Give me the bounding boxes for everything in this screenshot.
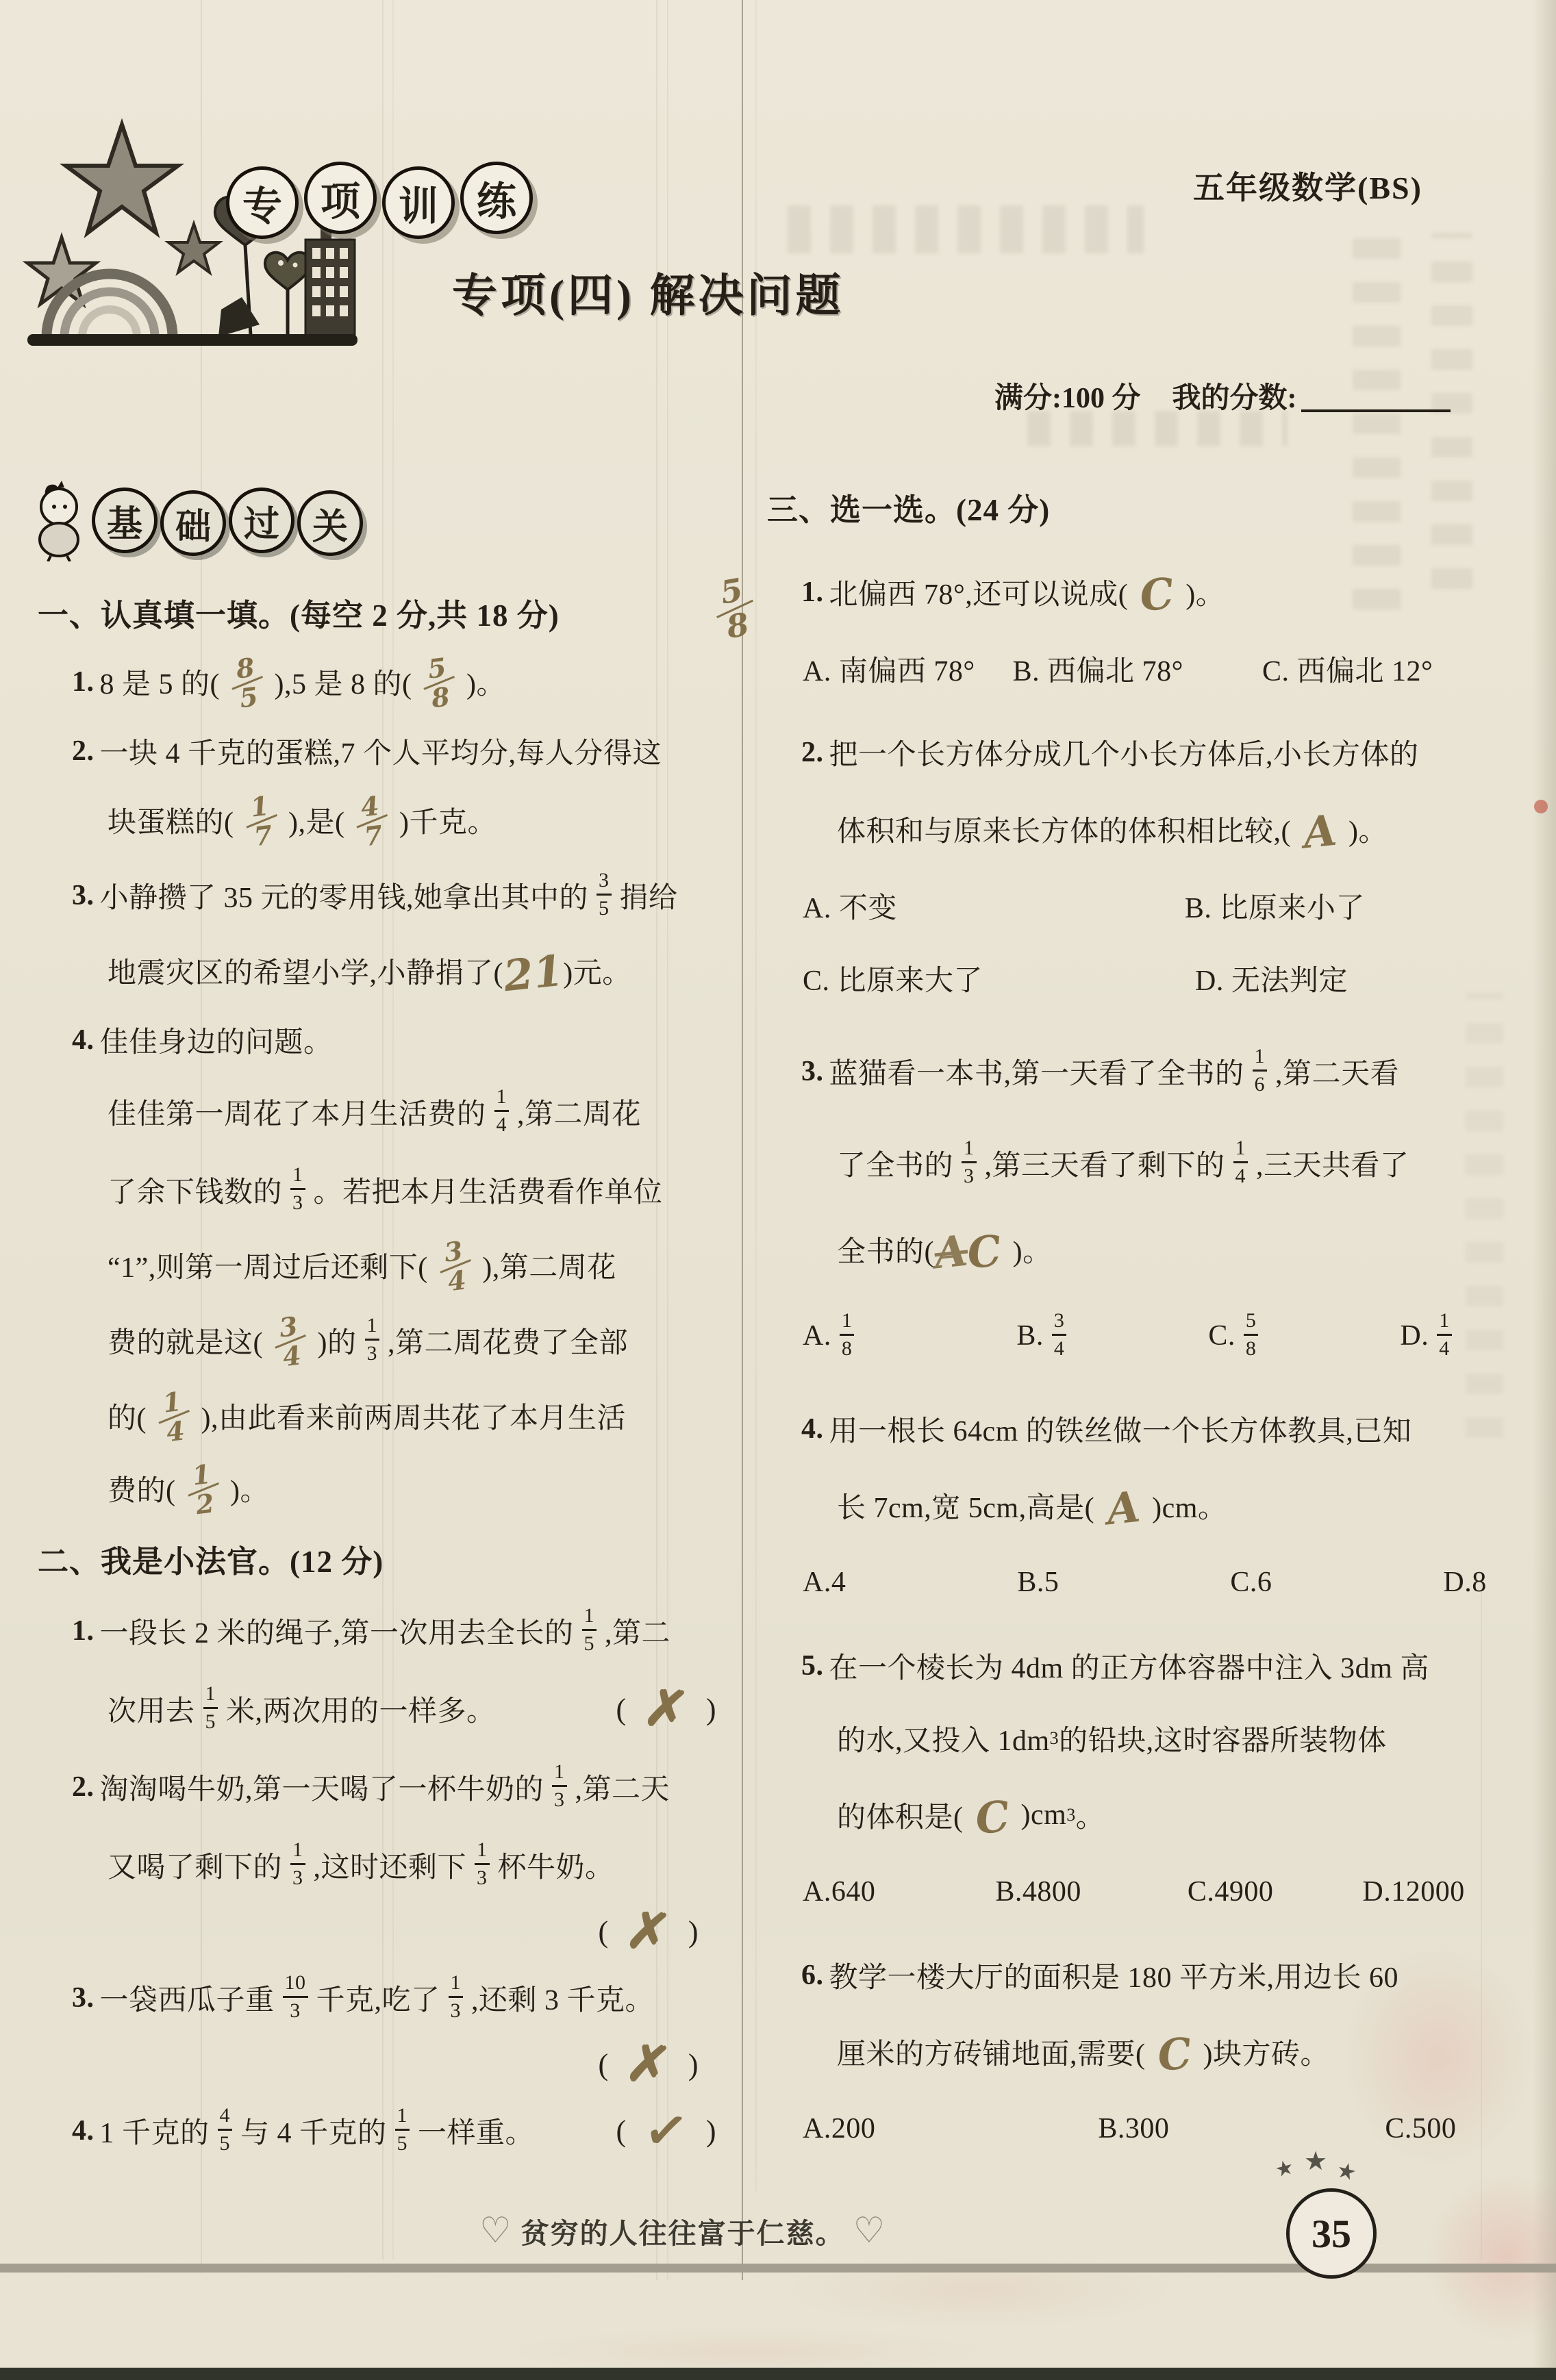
fraction-denominator: 3 xyxy=(449,2001,464,2021)
question-line: A.18B.34C.58D.14 xyxy=(767,1290,1514,1382)
text-run: ,第二天 xyxy=(575,1767,670,1808)
question-line: A.200B.300C.500 xyxy=(767,2092,1514,2165)
question-number: 4. xyxy=(72,2114,95,2147)
column-divider-line xyxy=(742,0,743,2280)
text-run: 费的就是这( xyxy=(108,1320,263,1361)
printed-fraction: 58 xyxy=(1244,1311,1259,1359)
handwritten-answer: 21 xyxy=(502,954,565,993)
text-run: 的铅块,这时容器所装物体 xyxy=(1059,1718,1387,1759)
handwritten-fraction: 34 xyxy=(436,1238,475,1295)
question-number: 5. xyxy=(801,1649,824,1682)
text-run: ,三天共看了 xyxy=(1256,1143,1409,1184)
fraction-numerator: 1 xyxy=(449,1973,464,1993)
question: 3.蓝猫看一本书,第一天看了全书的16,第二天看了全书的13,第三天看了剩下的1… xyxy=(767,1026,1514,1382)
printed-fraction: 13 xyxy=(290,1840,305,1888)
badge-character: 过 xyxy=(229,488,294,553)
fraction-numerator: 1 xyxy=(1437,1311,1452,1331)
fraction-numerator: 5 xyxy=(1244,1311,1259,1331)
fraction-numerator: 1 xyxy=(840,1311,855,1331)
page-title: 专项(四) 解决问题 xyxy=(452,259,844,324)
question-line: 体积和与原来长方体的体积相比较,(A)。 xyxy=(767,789,1514,870)
printed-fraction: 13 xyxy=(962,1138,977,1187)
option-gap xyxy=(846,1582,1017,1583)
fraction-numerator: 1 xyxy=(475,1840,490,1860)
question-line: 4.佳佳身边的问题。 xyxy=(38,1007,726,1073)
question-number: 4. xyxy=(72,1024,95,1056)
fraction-bar xyxy=(1244,1334,1259,1336)
fraction-bar xyxy=(283,1996,308,1998)
question-line: 2.淘淘喝牛奶,第一天喝了一杯牛奶的13,第二天 xyxy=(38,1748,726,1826)
printed-fraction: 13 xyxy=(290,1165,305,1213)
fraction-denominator: 4 xyxy=(494,1115,510,1135)
fraction-numerator: 1 xyxy=(494,1087,510,1107)
question-line: 次用去15米,两次用的一样多。(✗) xyxy=(38,1670,726,1748)
printed-fraction: 16 xyxy=(1253,1046,1268,1095)
option-gap xyxy=(1169,2129,1385,2129)
fraction-bar xyxy=(1437,1334,1452,1336)
option-gap xyxy=(1059,1582,1230,1583)
option-gap xyxy=(875,2129,1098,2129)
fraction-denominator: 5 xyxy=(218,2134,233,2154)
question: 1.8 是 5 的(85),5 是 8 的(58)。 xyxy=(38,646,726,718)
option-gap xyxy=(862,1336,1016,1337)
text-run: B. 比原来小了 xyxy=(1185,885,1365,926)
fraction-numerator: 1 xyxy=(582,1606,597,1626)
fraction-bar xyxy=(582,1629,597,1631)
page-number-badge: 35 xyxy=(1286,2188,1377,2279)
fraction-numerator: 4 xyxy=(218,2105,233,2126)
question-number: 2. xyxy=(72,735,95,768)
text-run: )cm。 xyxy=(1152,1485,1227,1526)
paren-open: ( xyxy=(599,1914,609,1949)
handwritten-answer: C xyxy=(954,1232,1015,1272)
section-heading: 一、认真填一填。(每空 2 分,共 18 分) xyxy=(38,579,726,646)
handwritten-fraction: 58 xyxy=(420,655,459,712)
printed-fraction: 18 xyxy=(840,1311,855,1359)
badge-character: 练 xyxy=(460,162,533,234)
question-number: 1. xyxy=(801,576,824,609)
question-line: 的水,又投入 1dm3 的铅块,这时容器所装物体 xyxy=(767,1702,1514,1775)
question-number: 1. xyxy=(72,1615,95,1647)
grade-label: 五年级数学(BS) xyxy=(1193,163,1422,208)
fraction-numerator: 3 xyxy=(443,1239,464,1265)
text-run: 的( xyxy=(108,1395,147,1436)
handwritten-answer: C xyxy=(1144,2035,1205,2075)
question-line: 全书的(AC)。 xyxy=(767,1209,1514,1290)
text-run: ),由此看来前两周共花了本月生活 xyxy=(201,1395,627,1436)
question-line: 2.一块 4 千克的蛋糕,7 个人平均分,每人分得这 xyxy=(38,718,726,784)
fraction-bar xyxy=(1233,1161,1248,1163)
question-line: A.640B.4800C.4900D.12000 xyxy=(767,1856,1514,1928)
printed-fraction: 13 xyxy=(365,1315,380,1364)
text-run: C. xyxy=(1208,1319,1235,1352)
fraction-numerator: 3 xyxy=(597,870,612,891)
handwritten-answer: C xyxy=(962,1798,1023,1838)
printed-fraction: 15 xyxy=(582,1606,597,1654)
handwritten-fraction: 85 xyxy=(228,655,267,712)
text-run: ,第二周花 xyxy=(517,1091,641,1132)
fraction-denominator: 7 xyxy=(364,823,385,850)
fraction-denominator: 4 xyxy=(1437,1339,1452,1359)
text-run: )。 xyxy=(1348,809,1388,850)
question-number: 6. xyxy=(801,1959,824,1992)
question-line: (✗) xyxy=(38,2037,726,2092)
question-line: 费的就是这(34)的13,第二周花费了全部 xyxy=(38,1302,726,1380)
page-edge-shadow xyxy=(1533,0,1556,2380)
text-run: )。 xyxy=(230,1468,269,1509)
text-run: 的体积是( xyxy=(837,1795,964,1836)
fraction-bar xyxy=(552,1785,567,1787)
text-run: 地震灾区的希望小学,小静捐了( xyxy=(108,950,503,991)
full-score-label: 满分:100 分 xyxy=(994,375,1141,416)
text-run: ,第二 xyxy=(605,1610,670,1651)
question-line: 2.把一个长方体分成几个小长方体后,小长方体的 xyxy=(767,716,1514,789)
text-run: ,第二天看 xyxy=(1275,1051,1399,1092)
judge-mark: ✓ xyxy=(642,2110,690,2152)
text-run: 小静攒了 35 元的零用钱,她拿出其中的 xyxy=(100,875,589,916)
option-gap xyxy=(1272,1582,1443,1583)
text-run: 教学一楼大厅的面积是 180 平方米,用边长 60 xyxy=(829,1955,1399,1996)
text-run: 。 xyxy=(1076,1795,1105,1836)
judge-blank: (✗) xyxy=(616,1691,717,1727)
fraction-bar xyxy=(1052,1334,1067,1336)
text-run: A.4 xyxy=(803,1566,846,1599)
question-line: A.4B.5C.6D.8 xyxy=(767,1546,1514,1619)
fraction-numerator: 3 xyxy=(278,1314,299,1341)
question: 4.佳佳身边的问题。 佳佳第一周花了本月生活费的14,第二周花了余下钱数的13。… xyxy=(38,1007,726,1525)
text-run: 一样重。 xyxy=(418,2110,534,2151)
fraction-numerator: 5 xyxy=(427,655,448,682)
fraction-numerator: 1 xyxy=(1253,1046,1268,1067)
text-run: C. 西偏北 12° xyxy=(1262,648,1433,689)
text-run: A. xyxy=(803,1319,831,1352)
printed-fraction: 13 xyxy=(552,1762,567,1810)
heart-icon: ♡ xyxy=(479,2210,513,2251)
fraction-denominator: 8 xyxy=(1244,1339,1259,1359)
question-line: 又喝了剩下的13,这时还剩下13杯牛奶。 xyxy=(38,1826,726,1904)
scan-bottom-edge xyxy=(0,2368,1556,2380)
text-run: 厘米的方砖铺地面,需要( xyxy=(837,2031,1146,2073)
printed-fraction: 103 xyxy=(283,1973,308,2021)
question-line: 费的(12)。 xyxy=(38,1452,726,1525)
question: 4.1 千克的45与 4 千克的15一样重。(✓) xyxy=(38,2092,726,2170)
judge-blank: (✗) xyxy=(599,1913,699,1949)
fraction-numerator: 8 xyxy=(235,655,256,682)
printed-fraction: 13 xyxy=(449,1973,464,2021)
superscript: 3 xyxy=(1050,1728,1059,1749)
handwritten-fraction: 12 xyxy=(184,1461,223,1519)
text-run: C.6 xyxy=(1230,1566,1272,1599)
fraction-numerator: 1 xyxy=(249,794,270,820)
question-line: A. 南偏西 78°B. 西偏北 78°C. 西偏北 12° xyxy=(767,633,1514,705)
fraction-bar xyxy=(840,1334,855,1336)
text-run: )。 xyxy=(1013,1229,1052,1270)
fraction-numerator: 3 xyxy=(1052,1311,1067,1331)
question-line: 3.蓝猫看一本书,第一天看了全书的16,第二天看 xyxy=(767,1026,1514,1117)
question-line: 4.用一根长 64cm 的铁丝做一个长方体教具,已知 xyxy=(767,1393,1514,1465)
fraction-denominator: 4 xyxy=(447,1268,468,1295)
text-run: 千克,吃了 xyxy=(316,1977,440,2018)
fraction-bar xyxy=(290,1863,305,1865)
my-score-label: 我的分数: xyxy=(1172,375,1297,416)
question-number: 1. xyxy=(72,666,95,698)
text-run: 。若把本月生活费看作单位 xyxy=(314,1169,663,1211)
fraction-denominator: 4 xyxy=(1233,1166,1248,1187)
printed-fraction: 15 xyxy=(203,1684,218,1732)
fraction-numerator: 1 xyxy=(290,1840,305,1860)
text-run: ),第二周花 xyxy=(482,1245,616,1286)
text-run: ),5 是 8 的( xyxy=(275,661,412,702)
question-line: 3.小静攒了 35 元的零用钱,她拿出其中的35捐给 xyxy=(38,857,726,935)
question: 1.北偏西 78°,还可以说成(C)。A. 南偏西 78°B. 西偏北 78°C… xyxy=(767,552,1514,705)
question-line: “1”,则第一周过后还剩下(34),第二周花 xyxy=(38,1229,726,1302)
fraction-denominator: 5 xyxy=(582,1634,597,1654)
text-run: 了全书的 xyxy=(837,1143,953,1184)
option-gap xyxy=(1183,669,1262,670)
bleedthrough-text xyxy=(788,205,1144,253)
printed-fraction: 14 xyxy=(494,1087,510,1135)
train-badge: 专项训练 xyxy=(226,166,538,239)
text-run: 又喝了剩下的 xyxy=(108,1845,282,1886)
fraction-numerator: 4 xyxy=(360,794,381,820)
text-run: C.500 xyxy=(1385,2112,1456,2145)
paren-open: ( xyxy=(616,1692,627,1727)
fraction-denominator: 6 xyxy=(1253,1074,1268,1095)
question-number: 3. xyxy=(72,879,95,912)
text-run: ),是( xyxy=(288,800,344,841)
text-run: 8 是 5 的( xyxy=(100,661,221,702)
text-run: 捐给 xyxy=(620,875,678,916)
question: 2.淘淘喝牛奶,第一天喝了一杯牛奶的13,第二天又喝了剩下的13,这时还剩下13… xyxy=(38,1748,726,1959)
fraction-denominator: 3 xyxy=(290,1193,305,1213)
fraction-denominator: 3 xyxy=(365,1343,380,1364)
fraction-numerator: 1 xyxy=(395,2105,410,2126)
badge-character: 专 xyxy=(226,166,299,239)
fraction-bar xyxy=(475,1863,490,1865)
question-line: 6.教学一楼大厅的面积是 180 平方米,用边长 60 xyxy=(767,1939,1514,2012)
text-run: A.200 xyxy=(803,2112,875,2145)
text-run: )元。 xyxy=(563,950,631,991)
fraction-numerator: 1 xyxy=(290,1165,305,1185)
fraction-denominator: 7 xyxy=(253,823,274,850)
fraction-denominator: 5 xyxy=(597,898,612,919)
text-run: B.4800 xyxy=(995,1875,1081,1908)
text-run: 佳佳第一周花了本月生活费的 xyxy=(108,1091,486,1132)
text-run: D.8 xyxy=(1443,1566,1486,1599)
question-number: 2. xyxy=(801,736,824,769)
badge-character: 础 xyxy=(160,490,226,556)
paren-close: ) xyxy=(706,1692,716,1727)
fraction-numerator: 1 xyxy=(962,1138,977,1159)
printed-fraction: 13 xyxy=(475,1840,490,1888)
paren-open: ( xyxy=(616,2114,627,2149)
question: 6.教学一楼大厅的面积是 180 平方米,用边长 60厘米的方砖铺地面,需要(C… xyxy=(767,1939,1514,2165)
text-run: C. 比原来大了 xyxy=(803,958,983,999)
heart-icon: ♡ xyxy=(853,2210,887,2251)
text-run: 杯牛奶。 xyxy=(498,1845,614,1886)
text-run: )千克。 xyxy=(399,800,497,841)
text-run: 块蛋糕的( xyxy=(108,800,234,841)
fraction-bar xyxy=(203,1707,218,1709)
text-run: 一袋西瓜子重 xyxy=(100,1977,275,2018)
badge-character: 项 xyxy=(304,162,377,234)
text-run: )cm xyxy=(1021,1799,1067,1832)
handwritten-answer: A xyxy=(1093,1489,1154,1528)
fraction-denominator: 4 xyxy=(281,1343,303,1370)
text-run: 佳佳身边的问题。 xyxy=(100,1020,333,1061)
fraction-denominator: 8 xyxy=(725,609,751,643)
text-run: A. 不变 xyxy=(803,885,897,926)
text-run: B. 西偏北 78° xyxy=(1013,648,1183,689)
question-line: 地震灾区的希望小学,小静捐了(21)元。 xyxy=(38,935,726,1007)
text-run: D.12000 xyxy=(1362,1875,1464,1908)
text-run: )。 xyxy=(466,661,505,702)
question-number: 2. xyxy=(72,1771,95,1803)
text-run: C.4900 xyxy=(1188,1875,1274,1908)
fraction-bar xyxy=(365,1339,380,1341)
judge-blank: (✓) xyxy=(616,2112,717,2149)
text-run: “1”,则第一周过后还剩下( xyxy=(108,1245,428,1286)
fraction-numerator: 1 xyxy=(552,1762,567,1782)
section-heading: 三、选一选。(24 分) xyxy=(767,472,1514,541)
text-run: 了余下钱数的 xyxy=(108,1169,282,1211)
question-line: 块蛋糕的(17),是(47)千克。 xyxy=(38,784,726,857)
option-gap xyxy=(875,1892,995,1892)
fraction-denominator: 3 xyxy=(552,1790,567,1810)
text-run: ,这时还剩下 xyxy=(314,1845,467,1886)
text-run: B. xyxy=(1016,1319,1044,1352)
text-run: 长 7cm,宽 5cm,高是( xyxy=(837,1485,1094,1526)
section-heading: 二、我是小法官。(12 分) xyxy=(38,1525,726,1592)
option-gap xyxy=(1273,1892,1362,1892)
printed-fraction: 45 xyxy=(218,2105,233,2154)
fraction-bar xyxy=(1253,1069,1268,1072)
text-run: )。 xyxy=(1185,572,1225,613)
fraction-bar xyxy=(597,894,612,896)
text-run: 米,两次用的一样多。 xyxy=(226,1688,496,1730)
option-gap xyxy=(975,669,1013,670)
question: 5.在一个棱长为 4dm 的正方体容器中注入 3dm 高的水,又投入 1dm3 … xyxy=(767,1630,1514,1928)
fraction-denominator: 5 xyxy=(395,2134,410,2154)
superscript: 3 xyxy=(1066,1805,1076,1825)
option-gap xyxy=(1075,1336,1208,1337)
fraction-denominator: 3 xyxy=(290,1868,305,1888)
fraction-denominator: 2 xyxy=(194,1491,216,1518)
fraction-numerator: 1 xyxy=(365,1315,380,1336)
fraction-bar xyxy=(290,1188,305,1190)
text-run: A. 南偏西 78° xyxy=(803,648,975,689)
question-line: 佳佳第一周花了本月生活费的14,第二周花 xyxy=(38,1073,726,1151)
question-line: 长 7cm,宽 5cm,高是(A)cm。 xyxy=(767,1465,1514,1546)
fraction-numerator: 1 xyxy=(162,1389,183,1416)
fraction-denominator: 8 xyxy=(431,685,452,711)
option-gap xyxy=(1266,1336,1400,1337)
question-line: 1.北偏西 78°,还可以说成(C)。 xyxy=(767,552,1514,633)
question-line: (✗) xyxy=(38,1904,726,1959)
text-run: 全书的( xyxy=(837,1229,934,1270)
handwritten-fraction: 47 xyxy=(353,793,392,850)
option-gap xyxy=(1081,1892,1188,1892)
question-number: 4. xyxy=(801,1413,824,1445)
text-run: )的 xyxy=(318,1320,357,1361)
fraction-bar xyxy=(218,2129,233,2131)
text-run: 淘淘喝牛奶,第一天喝了一杯牛奶的 xyxy=(100,1767,544,1808)
text-run: 费的( xyxy=(108,1468,176,1509)
text-run: D. xyxy=(1400,1319,1429,1352)
fraction-denominator: 4 xyxy=(1052,1339,1067,1359)
text-run: 与 4 千克的 xyxy=(240,2110,387,2151)
text-run: A.640 xyxy=(803,1875,875,1908)
fraction-bar xyxy=(494,1110,510,1112)
fraction-numerator: 1 xyxy=(1233,1138,1248,1159)
question: 4.用一根长 64cm 的铁丝做一个长方体教具,已知长 7cm,宽 5cm,高是… xyxy=(767,1393,1514,1619)
fraction-numerator: 1 xyxy=(203,1684,218,1704)
text-run: 在一个棱长为 4dm 的正方体容器中注入 3dm 高 xyxy=(829,1645,1429,1686)
question-line: 1.一段长 2 米的绳子,第一次用去全长的15,第二 xyxy=(38,1592,726,1670)
fraction-denominator: 5 xyxy=(203,1712,218,1732)
fraction-numerator: 1 xyxy=(190,1462,212,1489)
question-line: C. 比原来大了D. 无法判定 xyxy=(767,942,1514,1015)
badge-character: 基 xyxy=(92,488,158,553)
text-run: 一块 4 千克的蛋糕,7 个人平均分,每人分得这 xyxy=(100,731,662,772)
question-line: A. 不变B. 比原来小了 xyxy=(767,870,1514,942)
fraction-bar xyxy=(962,1161,977,1163)
left-column: 一、认真填一填。(每空 2 分,共 18 分)1.8 是 5 的(85),5 是… xyxy=(38,579,726,2170)
text-run: )块方砖。 xyxy=(1203,2031,1330,2073)
text-run: 用一根长 64cm 的铁丝做一个长方体教具,已知 xyxy=(829,1408,1412,1449)
handwritten-fraction: 14 xyxy=(155,1389,194,1446)
printed-fraction: 35 xyxy=(597,870,612,919)
score-line: 满分:100 分 我的分数: xyxy=(994,375,1451,416)
text-run: ,还剩 3 千克。 xyxy=(471,1977,654,2018)
text-run: 体积和与原来长方体的体积相比较,( xyxy=(837,809,1291,850)
printed-fraction: 14 xyxy=(1437,1311,1452,1359)
fraction-bar xyxy=(395,2129,410,2131)
fraction-denominator: 8 xyxy=(840,1339,855,1359)
question-line: 1.8 是 5 的(85),5 是 8 的(58)。 xyxy=(38,646,726,718)
question: 3.小静攒了 35 元的零用钱,她拿出其中的35捐给地震灾区的希望小学,小静捐了… xyxy=(38,857,726,1007)
question-line: 了全书的13,第三天看了剩下的14,三天共看了 xyxy=(767,1117,1514,1209)
question-line: 的体积是(C)cm3。 xyxy=(767,1775,1514,1856)
question: 2.一块 4 千克的蛋糕,7 个人平均分,每人分得这块蛋糕的(17),是(47)… xyxy=(38,718,726,857)
page-number: 35 xyxy=(1312,2211,1351,2257)
question-line: 的(14),由此看来前两周共花了本月生活 xyxy=(38,1380,726,1452)
text-run: B.300 xyxy=(1098,2112,1169,2145)
fraction-denominator: 3 xyxy=(475,1868,490,1888)
text-run: 的水,又投入 1dm xyxy=(837,1718,1050,1759)
badge-character: 训 xyxy=(382,166,455,239)
printed-fraction: 14 xyxy=(1233,1138,1248,1187)
fraction-denominator: 5 xyxy=(238,685,260,711)
judge-blank: (✗) xyxy=(599,2046,699,2082)
text-run: D. 无法判定 xyxy=(1195,958,1348,999)
handwritten-fraction: 17 xyxy=(242,793,281,850)
score-blank-line xyxy=(1301,409,1451,412)
badge-character: 关 xyxy=(297,490,363,556)
printed-fraction: 15 xyxy=(395,2105,410,2154)
question: 1.一段长 2 米的绳子,第一次用去全长的15,第二次用去15米,两次用的一样多… xyxy=(38,1592,726,1748)
fraction-denominator: 4 xyxy=(165,1419,186,1445)
star-icon: ★ xyxy=(1304,2146,1327,2177)
text-run: 北偏西 78°,还可以说成( xyxy=(829,572,1129,613)
paren-close: ) xyxy=(706,2114,716,2149)
text-run: B.5 xyxy=(1017,1566,1059,1599)
judge-mark: ✗ xyxy=(642,1688,690,1730)
fraction-numerator: 10 xyxy=(283,1973,308,1993)
text-run: ,第三天看了剩下的 xyxy=(985,1143,1225,1184)
judge-mark: ✗ xyxy=(624,1910,673,1953)
question-line: 4.1 千克的45与 4 千克的15一样重。(✓) xyxy=(38,2092,726,2170)
